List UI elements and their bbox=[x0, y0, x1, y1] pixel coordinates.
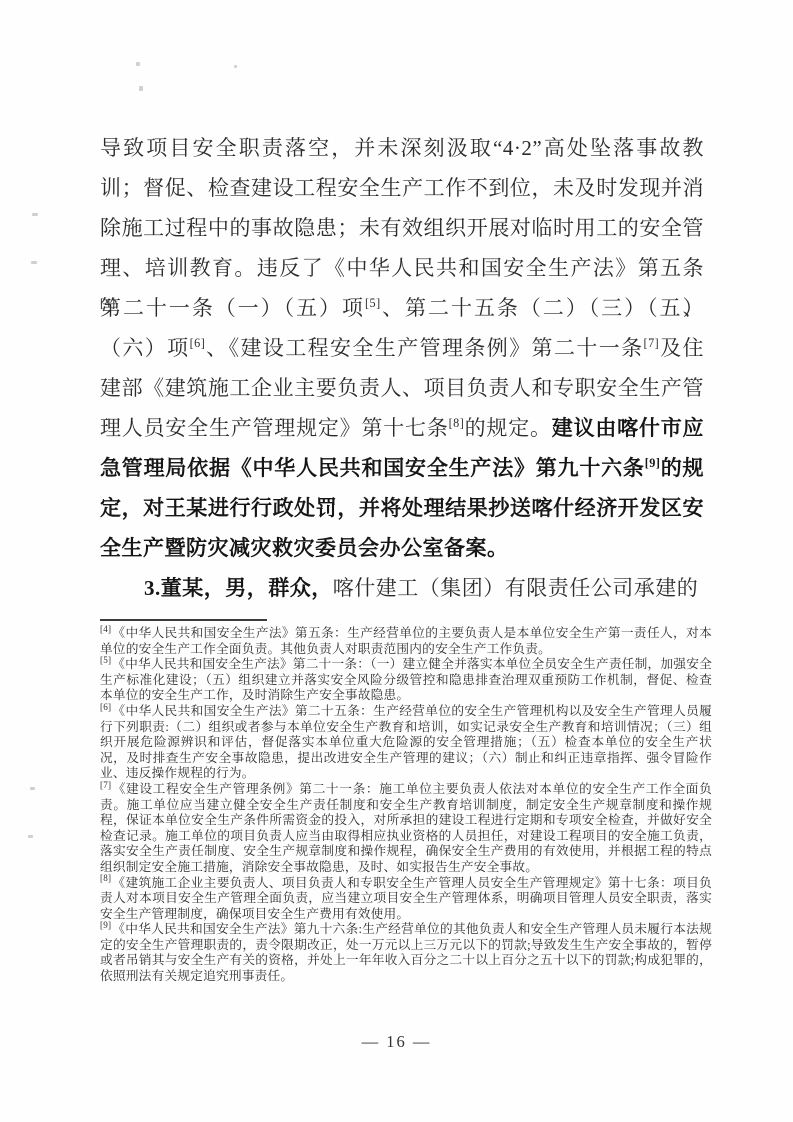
text-line: 除施工过程中的事故隐患；未有效组织开展对临时用工的安全管 bbox=[100, 208, 704, 248]
footnote-ref: [7] bbox=[644, 336, 660, 350]
document-page: 导致项目安全职责落空，并未深刻汲取“4·2”高处坠落事故教训；督促、检查建设工程… bbox=[0, 0, 793, 1122]
text-line: 训；督促、检查建设工程安全生产工作不到位，未及时发现并消 bbox=[100, 168, 704, 208]
text-segment: 、第二十五条（二）（三）（五） bbox=[381, 296, 704, 320]
text-segment: 3.董某，男，群众， bbox=[144, 576, 333, 600]
text-line: 理、培训教育。违反了《中华人民共和国安全生产法》第五条[4]、 bbox=[100, 248, 704, 288]
scan-speck bbox=[136, 62, 140, 66]
footnote-item: [5]《中华人民共和国安全生产法》第二十一条：（一）建立健全并落实本单位全员安全… bbox=[100, 657, 712, 704]
footnote-text: 《建筑施工企业主要负责人、项目负责人和专职安全生产管理人员安全生产管理规定》第十… bbox=[100, 876, 712, 921]
text-segment: 定，对王某进行行政处罚，并将处理结果抄送喀什经济开发区安 bbox=[100, 496, 704, 520]
footnote-marker: [4] bbox=[100, 624, 112, 634]
footnote-marker: [8] bbox=[100, 873, 112, 883]
text-segment: 建部《建筑施工企业主要负责人、项目负责人和专职安全生产管 bbox=[100, 376, 704, 400]
text-segment: 、《建设工程安全生产管理条例》第二十一条 bbox=[205, 336, 643, 360]
text-line: 导致项目安全职责落空，并未深刻汲取“4·2”高处坠落事故教 bbox=[100, 128, 704, 168]
footnote-item: [8]《建筑施工企业主要负责人、项目负责人和专职安全生产管理人员安全生产管理规定… bbox=[100, 876, 712, 923]
footnote-ref: [5] bbox=[365, 296, 381, 310]
text-segment: 及住 bbox=[659, 336, 704, 360]
scan-speck bbox=[32, 213, 38, 216]
footnote-ref: [8] bbox=[449, 416, 465, 430]
footnotes: [4]《中华人民共和国安全生产法》第五条：生产经营单位的主要负责人是本单位安全生… bbox=[100, 626, 712, 985]
text-line: 3.董某，男，群众，喀什建工（集团）有限责任公司承建的 bbox=[100, 568, 704, 608]
text-line: （六）项[6]、《建设工程安全生产管理条例》第二十一条[7]及住 bbox=[100, 328, 704, 368]
footnote-item: [7]《建设工程安全生产管理条例》第二十一条：施工单位主要负责人依法对本单位的安… bbox=[100, 782, 712, 876]
text-segment: 建议由喀什市应 bbox=[552, 416, 704, 440]
text-segment: （六）项 bbox=[100, 336, 190, 360]
text-segment: 理、培训教育。违反了《中华人民共和国安全生产法》第五条 bbox=[100, 256, 704, 280]
footnote-marker: [6] bbox=[100, 702, 112, 712]
text-segment: 急管理局依据《中华人民共和国安全生产法》第九十六条 bbox=[100, 456, 645, 480]
scan-speck bbox=[31, 261, 37, 264]
text-line: 定，对王某进行行政处罚，并将处理结果抄送喀什经济开发区安 bbox=[100, 488, 704, 528]
text-segment: 的规定。 bbox=[464, 416, 551, 440]
footnote-text: 《中华人民共和国安全生产法》第九十六条:生产经营单位的其他负责人和安全生产管理人… bbox=[100, 922, 712, 983]
scan-speck bbox=[139, 86, 143, 91]
page-number: — 16 — bbox=[0, 1032, 793, 1052]
footnote-text: 《中华人民共和国安全生产法》第二十一条：（一）建立健全并落实本单位全员安全生产责… bbox=[100, 657, 712, 702]
text-line: 建部《建筑施工企业主要负责人、项目负责人和专职安全生产管 bbox=[100, 368, 704, 408]
footnote-marker: [5] bbox=[100, 655, 112, 665]
text-segment: 理人员安全生产管理规定》第十七条 bbox=[100, 416, 449, 440]
text-segment: 的规 bbox=[660, 456, 704, 480]
footnote-ref: [9] bbox=[645, 456, 661, 470]
text-segment: 第二十一条（一）（五）项 bbox=[100, 296, 365, 320]
text-line: 理人员安全生产管理规定》第十七条[8]的规定。建议由喀什市应 bbox=[100, 408, 704, 448]
footnote-text: 《建设工程安全生产管理条例》第二十一条：施工单位主要负责人依法对本单位的安全生产… bbox=[100, 782, 712, 874]
footnote-text: 《中华人民共和国安全生产法》第五条：生产经营单位的主要负责人是本单位安全生产第一… bbox=[100, 626, 712, 656]
text-line: 急管理局依据《中华人民共和国安全生产法》第九十六条[9]的规 bbox=[100, 448, 704, 488]
text-line: 全生产暨防灾减灾救灾委员会办公室备案。 bbox=[100, 528, 704, 568]
text-segment: 除施工过程中的事故隐患；未有效组织开展对临时用工的安全管 bbox=[100, 216, 704, 240]
footnote-item: [6]《中华人民共和国安全生产法》第二十五条：生产经营单位的安全生产管理机构以及… bbox=[100, 704, 712, 782]
scan-speck bbox=[234, 65, 237, 68]
text-segment: 全生产暨防灾减灾救灾委员会办公室备案。 bbox=[100, 536, 509, 560]
footnote-text: 《中华人民共和国安全生产法》第二十五条：生产经营单位的安全生产管理机构以及安全生… bbox=[100, 704, 712, 780]
scan-speck bbox=[30, 787, 35, 790]
footnote-ref: [6] bbox=[190, 336, 206, 350]
footnote-item: [9]《中华人民共和国安全生产法》第九十六条:生产经营单位的其他负责人和安全生产… bbox=[100, 922, 712, 984]
text-segment: 喀什建工（集团）有限责任公司承建的 bbox=[333, 576, 699, 600]
text-segment: 训；督促、检查建设工程安全生产工作不到位，未及时发现并消 bbox=[100, 176, 704, 200]
footnote-item: [4]《中华人民共和国安全生产法》第五条：生产经营单位的主要负责人是本单位安全生… bbox=[100, 626, 712, 657]
text-segment: 导致项目安全职责落空，并未深刻汲取“4·2”高处坠落事故教 bbox=[100, 136, 704, 160]
footnote-marker: [9] bbox=[100, 920, 112, 930]
text-line: 第二十一条（一）（五）项[5]、第二十五条（二）（三）（五） bbox=[100, 288, 704, 328]
main-text: 导致项目安全职责落空，并未深刻汲取“4·2”高处坠落事故教训；督促、检查建设工程… bbox=[100, 128, 704, 608]
footnote-separator bbox=[100, 619, 267, 621]
footnote-marker: [7] bbox=[100, 780, 112, 790]
scan-speck bbox=[28, 835, 33, 838]
